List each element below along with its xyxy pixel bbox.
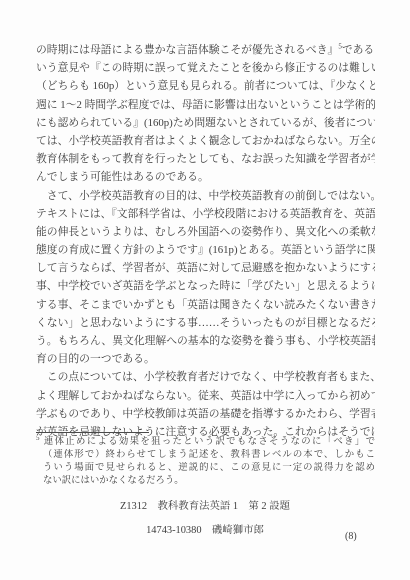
body-line: 育の目的の一つである。 [36, 350, 375, 368]
body-line: くない」と思わないようにする事……そういったものが目標となるだろ [36, 314, 375, 332]
body-line: んでしまう可能性はあるのである。 [36, 168, 375, 186]
footnote-line-text: 連体止めによる効果を狙ったという訳でもなさそうなのに「べき」で [43, 437, 376, 447]
body-line: ては、小学校英語教育者はよくよく観念しておかねばならない。万全の [36, 132, 375, 150]
footnote-separator-rule [36, 432, 149, 433]
body-line: して言うならば、学習者が、英語に対して忌避感を抱かないようにする [36, 259, 375, 277]
document-page: の時期には母語による豊かな言語体験こそが優先されるべき』5であると いう意見や『… [0, 0, 410, 580]
body-text: の時期には母語による豊かな言語体験こそが優先されるべき』5であると いう意見や『… [36, 41, 375, 441]
body-line: 学ぶものであり、中学校教師は英語の基礎を指導するかたわら、学習者 [36, 405, 375, 423]
body-line: テキストには、『文部科学省は、小学校段階における英語教育を、英語技 [36, 205, 375, 223]
footnote: 5連体止めによる効果を狙ったという訳でもなさそうなのに「べき」で （連体形で）終… [36, 436, 375, 488]
body-line: この点については、小学校教育者だけでなく、中学校教育者もまた、 [36, 368, 375, 386]
body-line-text: の時期には母語による豊かな言語体験こそが優先されるべき』 [36, 44, 338, 56]
body-line: さて、小学校英語教育の目的は、中学校英語教育の前倒しではない。 [36, 187, 375, 205]
body-line: （どちらも 160p）という意見も見られる。前者については、『少なくとも、 [36, 77, 375, 95]
body-line-text: であると [342, 44, 375, 56]
footer-course-title: Z1312 教科教育法英語 1 第 2 設題 [0, 497, 410, 512]
footnote-marker: 5 [36, 436, 40, 442]
body-line: う。もちろん、異文化理解への基本的な姿勢を養う事も、小学校英語教 [36, 332, 375, 350]
body-line: 教育体制をもって教育を行ったとしても、なお誤った知識を学習者が学 [36, 150, 375, 168]
body-line: の時期には母語による豊かな言語体験こそが優先されるべき』5であると [36, 41, 375, 59]
body-line: 事、中学校でいざ英語を学ぶとなった時に「学びたい」と思えるように [36, 277, 375, 295]
footnote-line: ない訳にはいかなくなるだろう。 [36, 475, 375, 488]
body-line: よく理解しておかねばならない。従来、英語は中学に入ってから初めて [36, 387, 375, 405]
body-line: する事、そこまでいかずとも「英語は聞きたくない読みたくない書きた [36, 296, 375, 314]
footnote-line: （連体形で）終わらせてしまう記述を、教科書レベルの本で、しかもこ [36, 449, 375, 462]
body-line: 能の伸長というよりは、むしろ外国語への姿勢作り、異文化への柔軟な [36, 223, 375, 241]
footnote-line: ういう場面で見せられると、逆説的に、この意見に一定の説得力を認め [36, 462, 375, 475]
body-line: 週に 1～2 時間学ぶ程度では、母語に影響は出ないということは学術的 [36, 96, 375, 114]
footnote-line: 5連体止めによる効果を狙ったという訳でもなさそうなのに「べき」で [36, 436, 375, 449]
body-line: 態度の育成に置く方針のようです』(161p)とある。英語という語学に関 [36, 241, 375, 259]
body-line: にも認められている』(160p)ため問題ないとされているが、後者につい [36, 114, 375, 132]
page-number: (8) [345, 531, 357, 542]
body-line: いう意見や『この時期に誤って覚えたことを後から修正するのは難しい』 [36, 59, 375, 77]
